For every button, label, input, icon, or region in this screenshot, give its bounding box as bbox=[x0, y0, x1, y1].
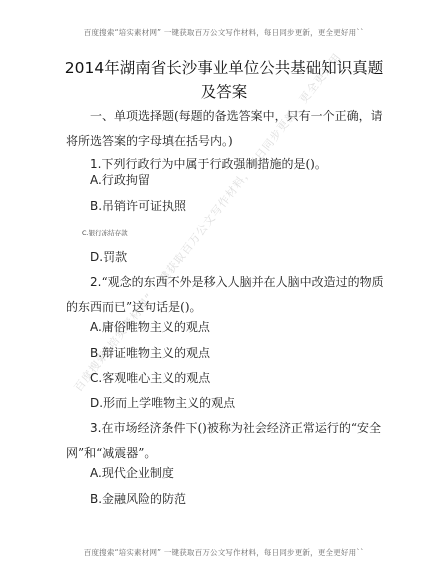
question-text: 在市场经济条件下()被称为社会经济正常运行的“安全网”和“减震器”。 bbox=[66, 421, 381, 460]
document-title: 2014年湖南省长沙事业单位公共基础知识真题 及答案 bbox=[0, 56, 448, 104]
page-footer-ad: 百度搜索“培实素材网” 一键获取百万公文写作材料，每日同步更新，更全更好用`` bbox=[0, 547, 448, 558]
question-3-option-a: A.现代企业制度 bbox=[90, 465, 174, 481]
question-2-option-c: C.客观唯心主义的观点 bbox=[90, 370, 210, 386]
question-text: 下列行政行为中属于行政强制措施的是()。 bbox=[101, 157, 326, 171]
question-1-option-d: D.罚款 bbox=[90, 249, 127, 265]
question-text: “观念的东西不外是移入人脑并在人脑中改造过的物质的东西而已”这句话是()。 bbox=[66, 275, 384, 314]
question-1-option-b: B.吊销许可证执照 bbox=[90, 198, 186, 214]
section-intro: 一、单项选择题(每题的备选答案中，只有一个正确，请将所选答案的字母填在括号内。) bbox=[66, 104, 384, 154]
question-1-option-c: C.银行冻结存款 bbox=[82, 228, 128, 237]
page-header-ad: 百度搜索“培实素材网” 一键获取百万公文写作材料，每日同步更新，更全更好用`` bbox=[0, 27, 448, 38]
question-3-stem: 3.在市场经济条件下()被称为社会经济正常运行的“安全网”和“减震器”。 bbox=[66, 416, 384, 466]
question-1-option-a: A.行政拘留 bbox=[90, 172, 150, 188]
question-2-option-d: D.形而上学唯物主义的观点 bbox=[90, 395, 235, 411]
title-line-2: 及答案 bbox=[0, 80, 448, 104]
title-line-1: 2014年湖南省长沙事业单位公共基础知识真题 bbox=[0, 56, 448, 80]
question-3-option-b: B.金融风险的防范 bbox=[90, 491, 186, 507]
question-2-stem: 2.“观念的东西不外是移入人脑并在人脑中改造过的物质的东西而已”这句话是()。 bbox=[66, 270, 384, 320]
question-number: 1. bbox=[90, 157, 101, 171]
question-number: 3. bbox=[90, 421, 101, 435]
question-2-option-a: A.庸俗唯物主义的观点 bbox=[90, 319, 210, 335]
question-2-option-b: B.辩证唯物主义的观点 bbox=[90, 345, 210, 361]
question-number: 2. bbox=[90, 275, 101, 289]
